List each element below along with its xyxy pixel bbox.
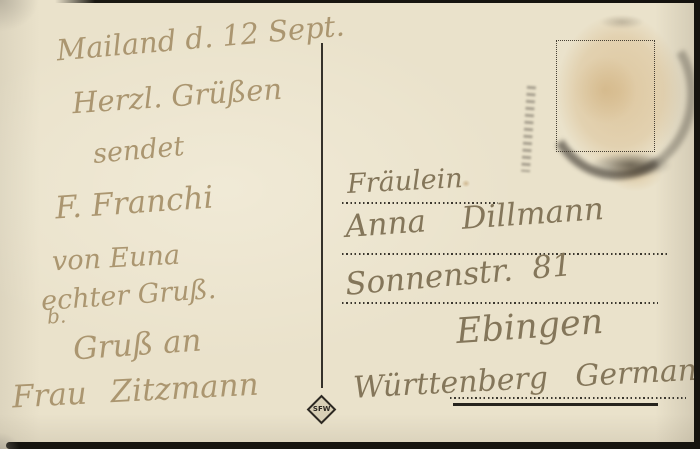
- publisher-mark-icon: SFW: [307, 395, 337, 425]
- message-line: echter Gruß.: [40, 276, 217, 315]
- address-line-city: Ebingen: [455, 305, 604, 350]
- message-line: sendet: [92, 133, 185, 168]
- scan-edge-bottom: [6, 442, 700, 449]
- postmark-smudge: [596, 14, 648, 30]
- scan-edge-top: [0, 0, 700, 3]
- postcard-back: SFW Mailand d. 12 Sept. Herzl. Grüßen se…: [0, 0, 700, 449]
- stamp-placement-box: [556, 40, 655, 152]
- address-line-salutation: Fräulein: [346, 165, 463, 198]
- message-line-sender: F. Franchi: [54, 183, 214, 225]
- message-line: von Euna: [51, 242, 180, 276]
- message-line: b.: [46, 305, 67, 326]
- message-line: Herzl. Grüßen: [71, 75, 283, 119]
- address-dotted-line: [342, 302, 658, 304]
- divider-line: [321, 43, 323, 388]
- message-line: Gruß an: [72, 326, 202, 366]
- message-line-recipient: Frau Zitzmann: [11, 370, 259, 414]
- scan-edge-right: [694, 0, 700, 449]
- postmark-smudge: [583, 150, 679, 180]
- publisher-mark-letters: SFW: [313, 406, 331, 413]
- message-line-date: Mailand d. 12 Sept.: [55, 11, 345, 65]
- postmark-smudge: [521, 86, 536, 172]
- scan-corner-shadow: [0, 427, 26, 449]
- address-line-street: Sonnenstr. 81: [344, 250, 573, 301]
- address-underline: [453, 403, 658, 406]
